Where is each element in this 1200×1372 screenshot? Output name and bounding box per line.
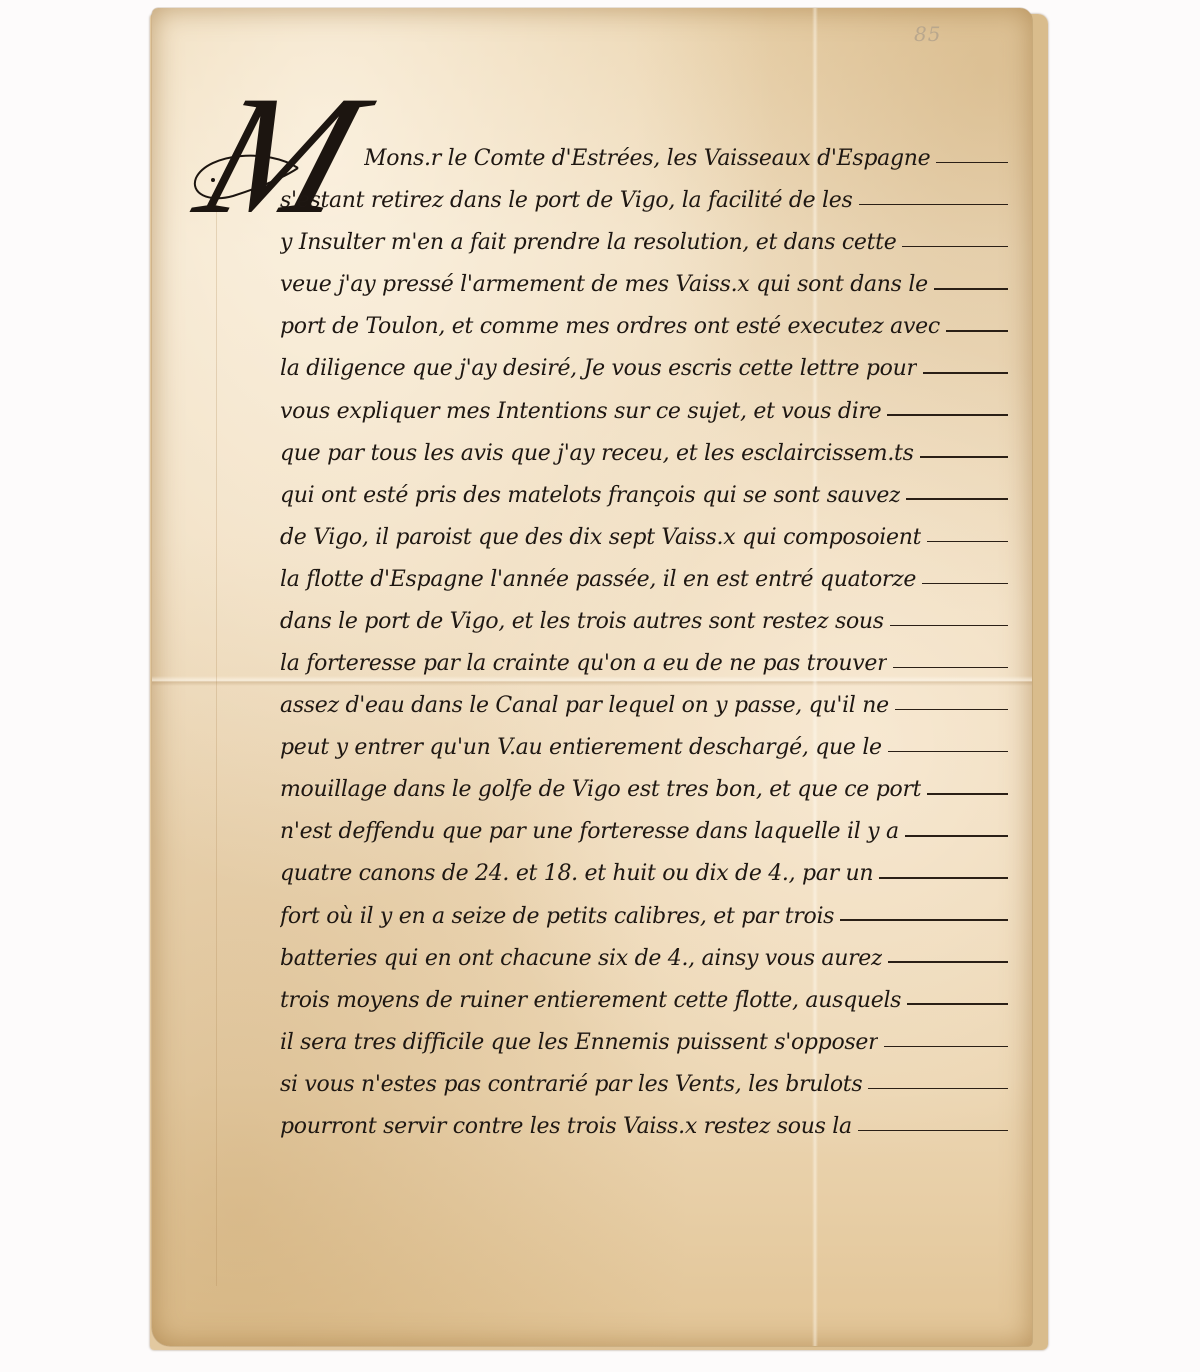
line-filler [902,246,1008,248]
text-line: quatre canons de 24. et 18. et huit ou d… [280,861,1008,886]
text-line: batteries qui en ont chacune six de 4., … [280,946,1008,971]
line-filler [895,709,1008,711]
line-filler [907,1003,1008,1005]
line-filler [936,162,1008,164]
line-filler [906,498,1008,500]
line-filler [946,330,1008,332]
text-line: dans le port de Vigo, et les trois autre… [280,609,1008,634]
scan-canvas: 85 M Mons.r le Comte d'Estrées, les Vais… [0,0,1200,1372]
text-line: que par tous les avis que j'ay receu, et… [280,441,1008,466]
line-filler [858,1130,1008,1132]
line-filler [888,751,1008,753]
text-line: qui ont esté pris des matelots françois … [280,483,1008,508]
line-filler [887,414,1008,416]
text-line: pourront servir contre les trois Vaiss.x… [280,1114,1008,1139]
text-line: port de Toulon, et comme mes ordres ont … [280,314,1008,339]
text-line: si vous n'estes pas contrarié par les Ve… [280,1072,1008,1097]
text-line: Mons.r le Comte d'Estrées, les Vaisseaux… [364,146,1008,171]
text-line: s'estant retirez dans le port de Vigo, l… [280,188,1008,213]
text-line: fort où il y en a seize de petits calibr… [280,904,1008,929]
line-filler [905,835,1008,837]
line-filler [927,793,1008,795]
line-filler [920,456,1008,458]
line-filler [884,1046,1008,1048]
text-line: vous expliquer mes Intentions sur ce suj… [280,399,1008,424]
line-filler [927,541,1008,543]
text-line: mouillage dans le golfe de Vigo est tres… [280,777,1008,802]
line-filler [888,961,1008,963]
text-line: assez d'eau dans le Canal par lequel on … [280,693,1008,718]
text-line: il sera tres difficile que les Ennemis p… [280,1030,1008,1055]
manuscript-page: 85 M Mons.r le Comte d'Estrées, les Vais… [152,8,1032,1346]
line-filler [879,877,1008,879]
text-line: la diligence que j'ay desiré, Je vous es… [280,356,1008,381]
text-line: la flotte d'Espagne l'année passée, il e… [280,567,1008,592]
line-filler [868,1088,1008,1090]
text-line: y Insulter m'en a fait prendre la resolu… [280,230,1008,255]
text-line: trois moyens de ruiner entierement cette… [280,988,1008,1013]
text-line: veue j'ay pressé l'armement de mes Vaiss… [280,272,1008,297]
line-filler [934,288,1008,290]
letter-body: Mons.r le Comte d'Estrées, les Vaisseaux… [152,8,1032,1346]
line-filler [893,667,1008,669]
line-filler [840,919,1008,921]
line-filler [923,372,1008,374]
line-filler [890,625,1008,627]
text-line: n'est deffendu que par une forteresse da… [280,819,1008,844]
text-line: la forteresse par la crainte qu'on a eu … [280,651,1008,676]
line-filler [859,204,1009,206]
line-filler [922,583,1008,585]
text-line: peut y entrer qu'un V.au entierement des… [280,735,1008,760]
text-line: de Vigo, il paroist que des dix sept Vai… [280,525,1008,550]
